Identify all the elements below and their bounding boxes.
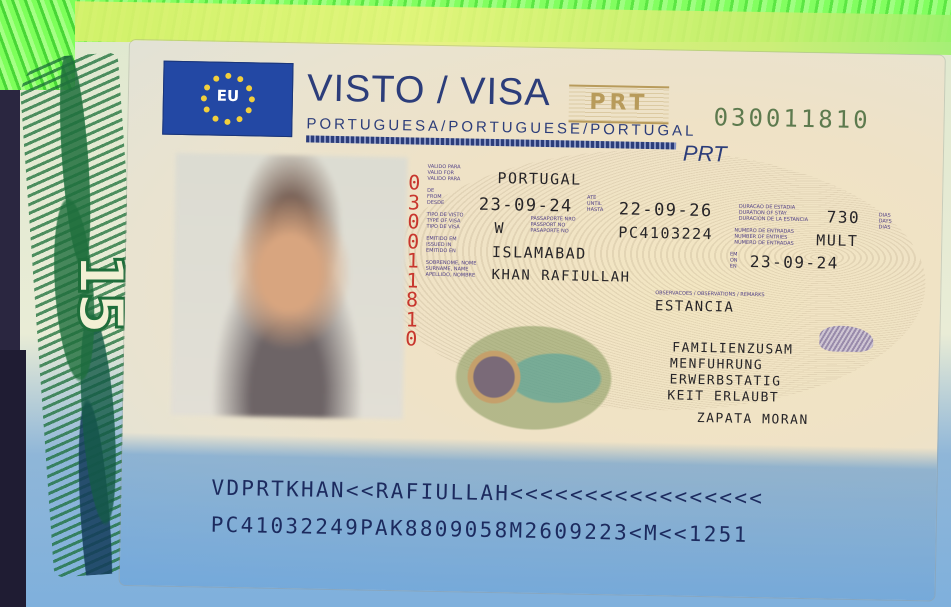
valid-for-label: VALIDO PARAVALID FORVALIDO PARA [427,164,460,183]
until-label: ATEUNTILHASTA [587,195,604,213]
issued-in-value: ISLAMABAD [492,243,587,263]
duration-value: 730 [827,207,861,227]
surname-name-value: KHAN RAFIULLAH [491,267,630,286]
issued-on-label: EMONEN [730,252,738,270]
duration-unit-label: DIASDAYSDIAS [878,212,891,230]
dark-edge [0,350,26,607]
remarks-line: ZAPATA MORAN [697,411,809,428]
passport-no-label: PASSAPORTE NROPASSPORT NOPASAPORTE NO [530,216,575,235]
remarks-line: FAMILIENZUSAM [672,340,794,357]
visa-title: VISTO / VISA [307,67,551,115]
surname-name-label: SOBRENOME, NOMESURNAME, NAMEAPELLIDO, NO… [425,260,476,279]
holder-photo [171,153,408,419]
visa-sticker: EU VISTO / VISA PORTUGUESA/PORTUGUESE/PO… [120,40,945,601]
remarks-line: ERWERBSTATIG [669,372,781,389]
visa-type-value: W [494,219,505,237]
from-value: 23-09-24 [479,195,573,217]
from-label: DEFROMDESDE [427,188,445,206]
eu-label: EU [164,86,292,106]
machine-readable-zone: VDPRTKHAN<<RAFIULLAH<<<<<<<<<<<<<<<<<PC4… [210,470,764,555]
remarks-line: MENFUHRUNG [670,356,764,373]
entries-value: MULT [816,231,858,250]
serial-number: 030011810 [713,103,871,134]
until-value: 22-09-26 [619,199,713,221]
remarks-line: ESTANCIA [655,298,735,316]
issued-in-label: EMITIDO EMISSUED INEMITIDO EN [426,236,457,255]
remarks-line: KEIT ERLAUBT [667,388,779,405]
visa-type-label: TIPO DE VISTOTYPE OF VISATIPO DE VISA [426,212,463,231]
side-serial-number: 030011810 [402,173,423,349]
duration-label: DURACAO DE ESTADIADURATION OF STAYDURACI… [739,204,809,223]
eu-flag-icon: EU [162,61,293,137]
issued-on-value: 23-09-24 [750,252,839,273]
passport-no-value: PC4103224 [618,223,713,243]
prt-emboss: PRT [568,84,669,124]
entries-label: NUMERO DE ENTRADASNUMBER OF ENTRIESNUMER… [734,228,794,247]
issuing-state: PRT [683,141,727,168]
valid-for-value: PORTUGAL [497,169,582,189]
